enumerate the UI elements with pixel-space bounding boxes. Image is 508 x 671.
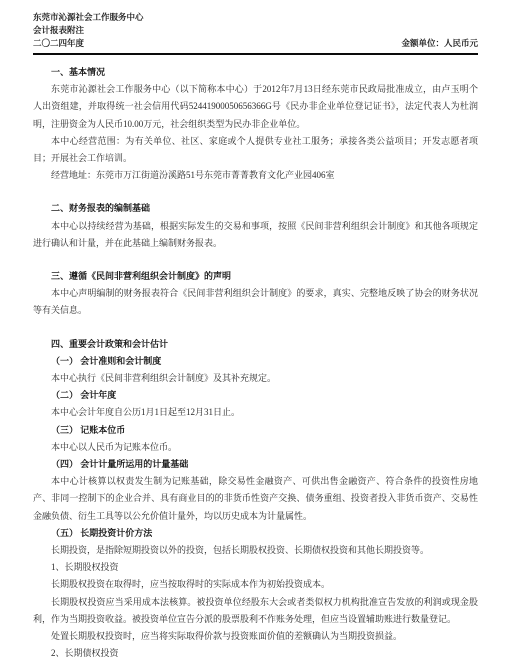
- paragraph: 本中心执行《民间非营利组织会计制度》及其补充规定。: [33, 370, 478, 387]
- subsection-heading: （三） 记账本位币: [33, 422, 478, 439]
- document-body: 一、基本情况 东莞市沁源社会工作服务中心（以下简称本中心）于2012年7月13日…: [33, 64, 478, 663]
- document-header: 东莞市沁源社会工作服务中心 会计报表附注 二〇二四年度 金额单位：人民币元: [33, 11, 478, 55]
- section-compliance-statement: 三、遵循《民间非营利组织会计制度》的声明 本中心声明编制的财务报表符合《民间非营…: [33, 268, 478, 320]
- currency-unit-note: 金额单位：人民币元: [401, 37, 478, 50]
- section-heading: 三、遵循《民间非营利组织会计制度》的声明: [33, 268, 478, 285]
- paragraph: 本中心会计年度自公历1月1日起至12月31日止。: [33, 404, 478, 421]
- paragraph: 本中心计核算以权责发生制为记账基础，除交易性金融资产、可供出售金融资产、符合条件…: [33, 473, 478, 525]
- section-accounting-policies: 四、重要会计政策和会计估计 （一） 会计准则和会计制度 本中心执行《民间非营利组…: [33, 336, 478, 663]
- paragraph: 东莞市沁源社会工作服务中心（以下简称本中心）于2012年7月13日经东莞市民政局…: [33, 81, 478, 133]
- section-heading: 一、基本情况: [33, 64, 478, 81]
- paragraph: 长期股权投资在取得时，应当按取得时的实际成本作为初始投资成本。: [33, 576, 478, 593]
- section-preparation-basis: 二、财务报表的编制基础 本中心以持续经营为基础，根据实际发生的交易和事项，按照《…: [33, 200, 478, 252]
- subsection-long-term-investment: （五） 长期投资计价方法 长期投资，是指除短期投资以外的投资，包括长期股权投资、…: [33, 525, 478, 663]
- numbered-item: 2、长期债权投资: [33, 645, 478, 662]
- org-name: 东莞市沁源社会工作服务中心: [33, 11, 478, 24]
- subsection-heading: （四） 会计计量所运用的计量基础: [33, 456, 478, 473]
- paragraph: 本中心经营范围：为有关单位、社区、家庭或个人提供专业社工服务；承接各类公益项目；…: [33, 133, 478, 167]
- section-basic-info: 一、基本情况 东莞市沁源社会工作服务中心（以下简称本中心）于2012年7月13日…: [33, 64, 478, 184]
- paragraph: 本中心以人民币为记账本位币。: [33, 439, 478, 456]
- paragraph: 经营地址：东莞市万江街道汾溪路51号东莞市菁菁教育文化产业园406室: [33, 167, 478, 184]
- subsection-functional-currency: （三） 记账本位币 本中心以人民币为记账本位币。: [33, 422, 478, 456]
- paragraph: 本中心声明编制的财务报表符合《民间非营利组织会计制度》的要求，真实、完整地反映了…: [33, 285, 478, 319]
- subsection-measurement-basis: （四） 会计计量所运用的计量基础 本中心计核算以权责发生制为记账基础，除交易性金…: [33, 456, 478, 525]
- numbered-item: 1、长期股权投资: [33, 559, 478, 576]
- subsection-heading: （五） 长期投资计价方法: [33, 525, 478, 542]
- document-page: 东莞市沁源社会工作服务中心 会计报表附注 二〇二四年度 金额单位：人民币元 一、…: [0, 0, 508, 671]
- paragraph: 长期股权投资应当采用成本法核算。被投资单位经股东大会或者类似权力机构批准宣告发放…: [33, 594, 478, 628]
- section-heading: 二、财务报表的编制基础: [33, 200, 478, 217]
- paragraph: 长期投资，是指除短期投资以外的投资，包括长期股权投资、长期债权投资和其他长期投资…: [33, 542, 478, 559]
- section-heading: 四、重要会计政策和会计估计: [33, 336, 478, 353]
- subsection-heading: （一） 会计准则和会计制度: [33, 353, 478, 370]
- subsection-heading: （二） 会计年度: [33, 387, 478, 404]
- doc-title: 会计报表附注: [33, 24, 478, 37]
- year-row: 二〇二四年度 金额单位：人民币元: [33, 37, 478, 50]
- subsection-fiscal-year: （二） 会计年度 本中心会计年度自公历1月1日起至12月31日止。: [33, 387, 478, 421]
- paragraph: 本中心以持续经营为基础，根据实际发生的交易和事项，按照《民间非营利组织会计制度》…: [33, 218, 478, 252]
- fiscal-year: 二〇二四年度: [33, 37, 84, 50]
- subsection-accounting-standards: （一） 会计准则和会计制度 本中心执行《民间非营利组织会计制度》及其补充规定。: [33, 353, 478, 387]
- paragraph: 处置长期股权投资时，应当将实际取得价款与投资账面价值的差额确认为当期投资损益。: [33, 628, 478, 645]
